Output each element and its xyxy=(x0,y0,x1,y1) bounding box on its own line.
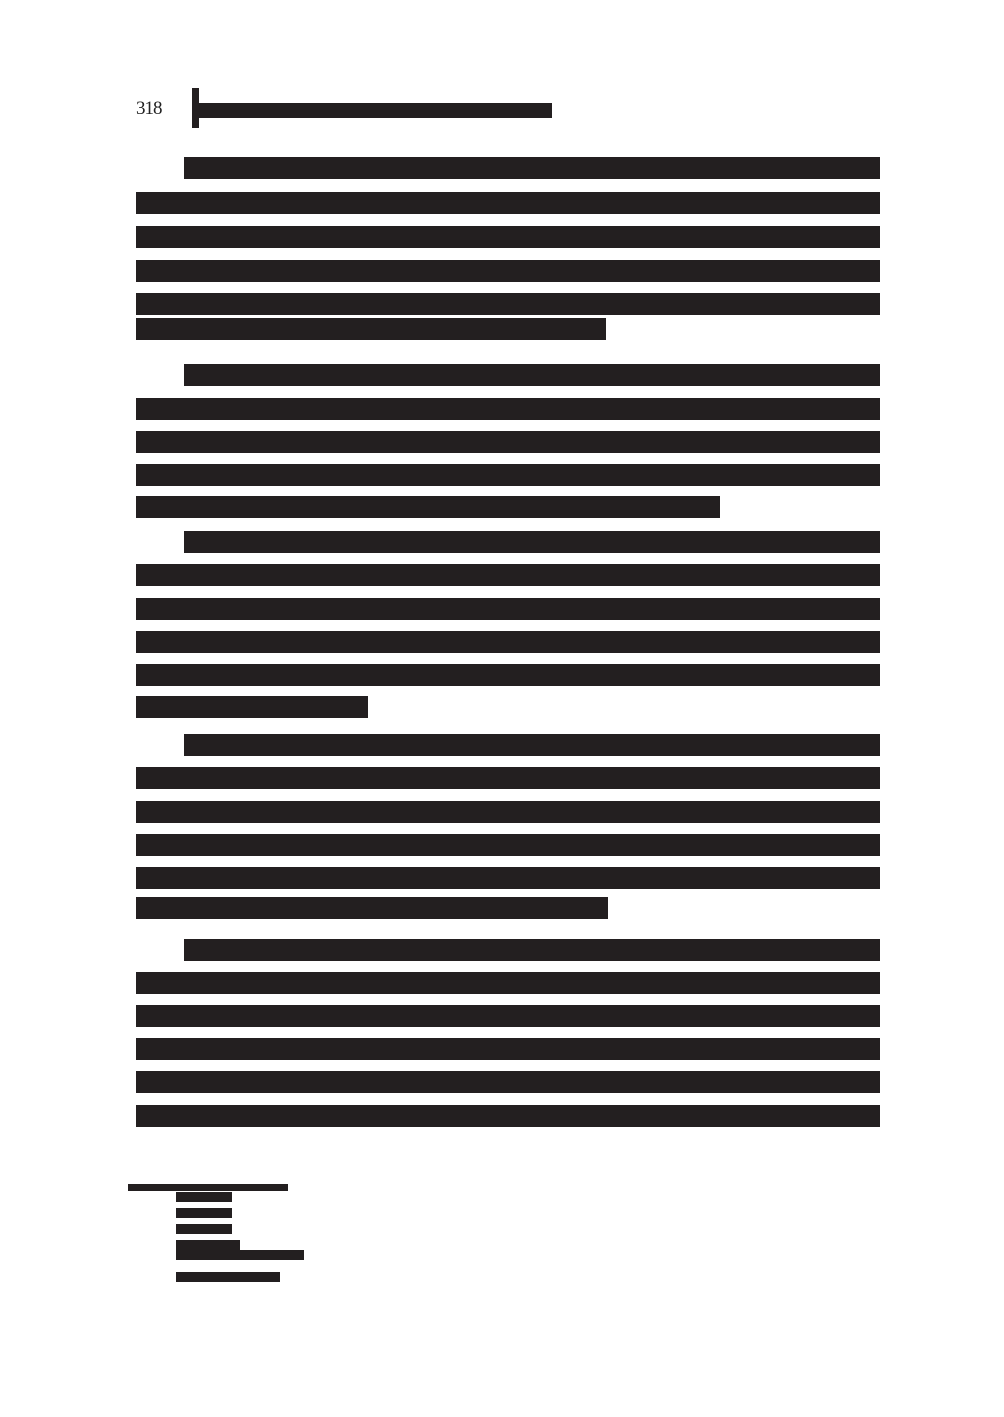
redacted-line xyxy=(184,364,880,386)
redacted-line xyxy=(136,318,606,340)
redacted-line xyxy=(136,897,608,919)
redacted-line xyxy=(136,867,880,889)
redacted-line xyxy=(136,226,880,248)
page-number: 318 xyxy=(136,98,162,120)
header-rule xyxy=(192,88,199,128)
redacted-footnote xyxy=(176,1192,232,1202)
redacted-footnote xyxy=(176,1208,232,1218)
redacted-line xyxy=(136,1105,880,1127)
running-header-redacted xyxy=(199,103,552,118)
redacted-line xyxy=(136,834,880,856)
redacted-footnote xyxy=(176,1240,240,1250)
redacted-line xyxy=(136,598,880,620)
redacted-line xyxy=(136,431,880,453)
redacted-footnote xyxy=(176,1272,280,1282)
redacted-line xyxy=(136,1005,880,1027)
redacted-footnote xyxy=(176,1224,232,1234)
footnote-rule xyxy=(128,1184,288,1191)
redacted-line xyxy=(136,767,880,789)
redacted-line xyxy=(136,696,368,718)
redacted-line xyxy=(136,192,880,214)
redacted-line xyxy=(184,734,880,756)
redacted-line xyxy=(136,496,720,518)
redacted-line xyxy=(184,531,880,553)
redacted-line xyxy=(184,157,880,179)
redacted-line xyxy=(136,464,880,486)
redacted-line xyxy=(184,939,880,961)
redacted-line xyxy=(136,664,880,686)
redacted-line xyxy=(136,801,880,823)
redacted-line xyxy=(136,564,880,586)
redacted-line xyxy=(136,260,880,282)
redacted-line xyxy=(136,1071,880,1093)
redacted-line xyxy=(136,631,880,653)
redacted-line xyxy=(136,398,880,420)
redacted-line xyxy=(136,1038,880,1060)
redacted-line xyxy=(136,293,880,315)
redacted-footnote xyxy=(176,1250,304,1260)
redacted-line xyxy=(136,972,880,994)
